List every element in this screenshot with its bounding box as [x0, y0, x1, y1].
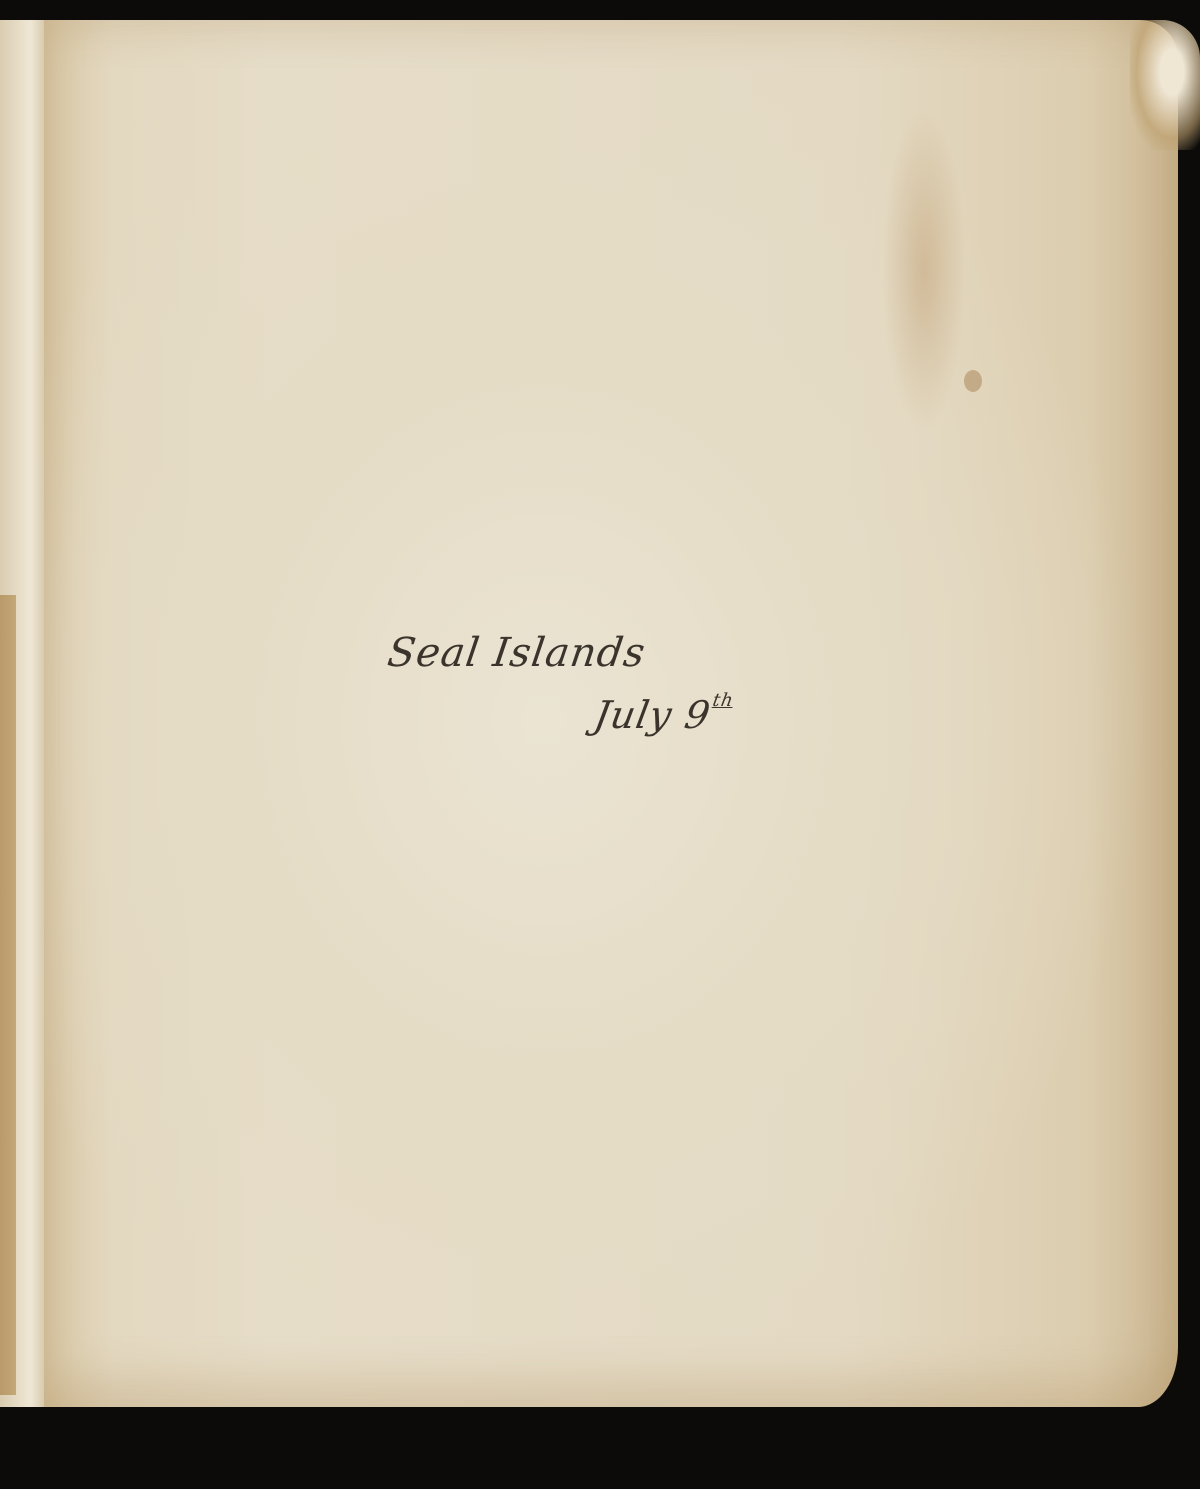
binding-tape [0, 595, 16, 1395]
date-suffix: th [711, 690, 736, 711]
handwritten-date: July 9th [591, 690, 736, 737]
scanned-page: Seal Islands July 9th [0, 0, 1200, 1489]
worn-corner [1130, 20, 1200, 150]
date-text: July 9 [591, 693, 714, 737]
handwritten-title: Seal Islands [385, 630, 649, 676]
stain-spot [964, 370, 982, 392]
